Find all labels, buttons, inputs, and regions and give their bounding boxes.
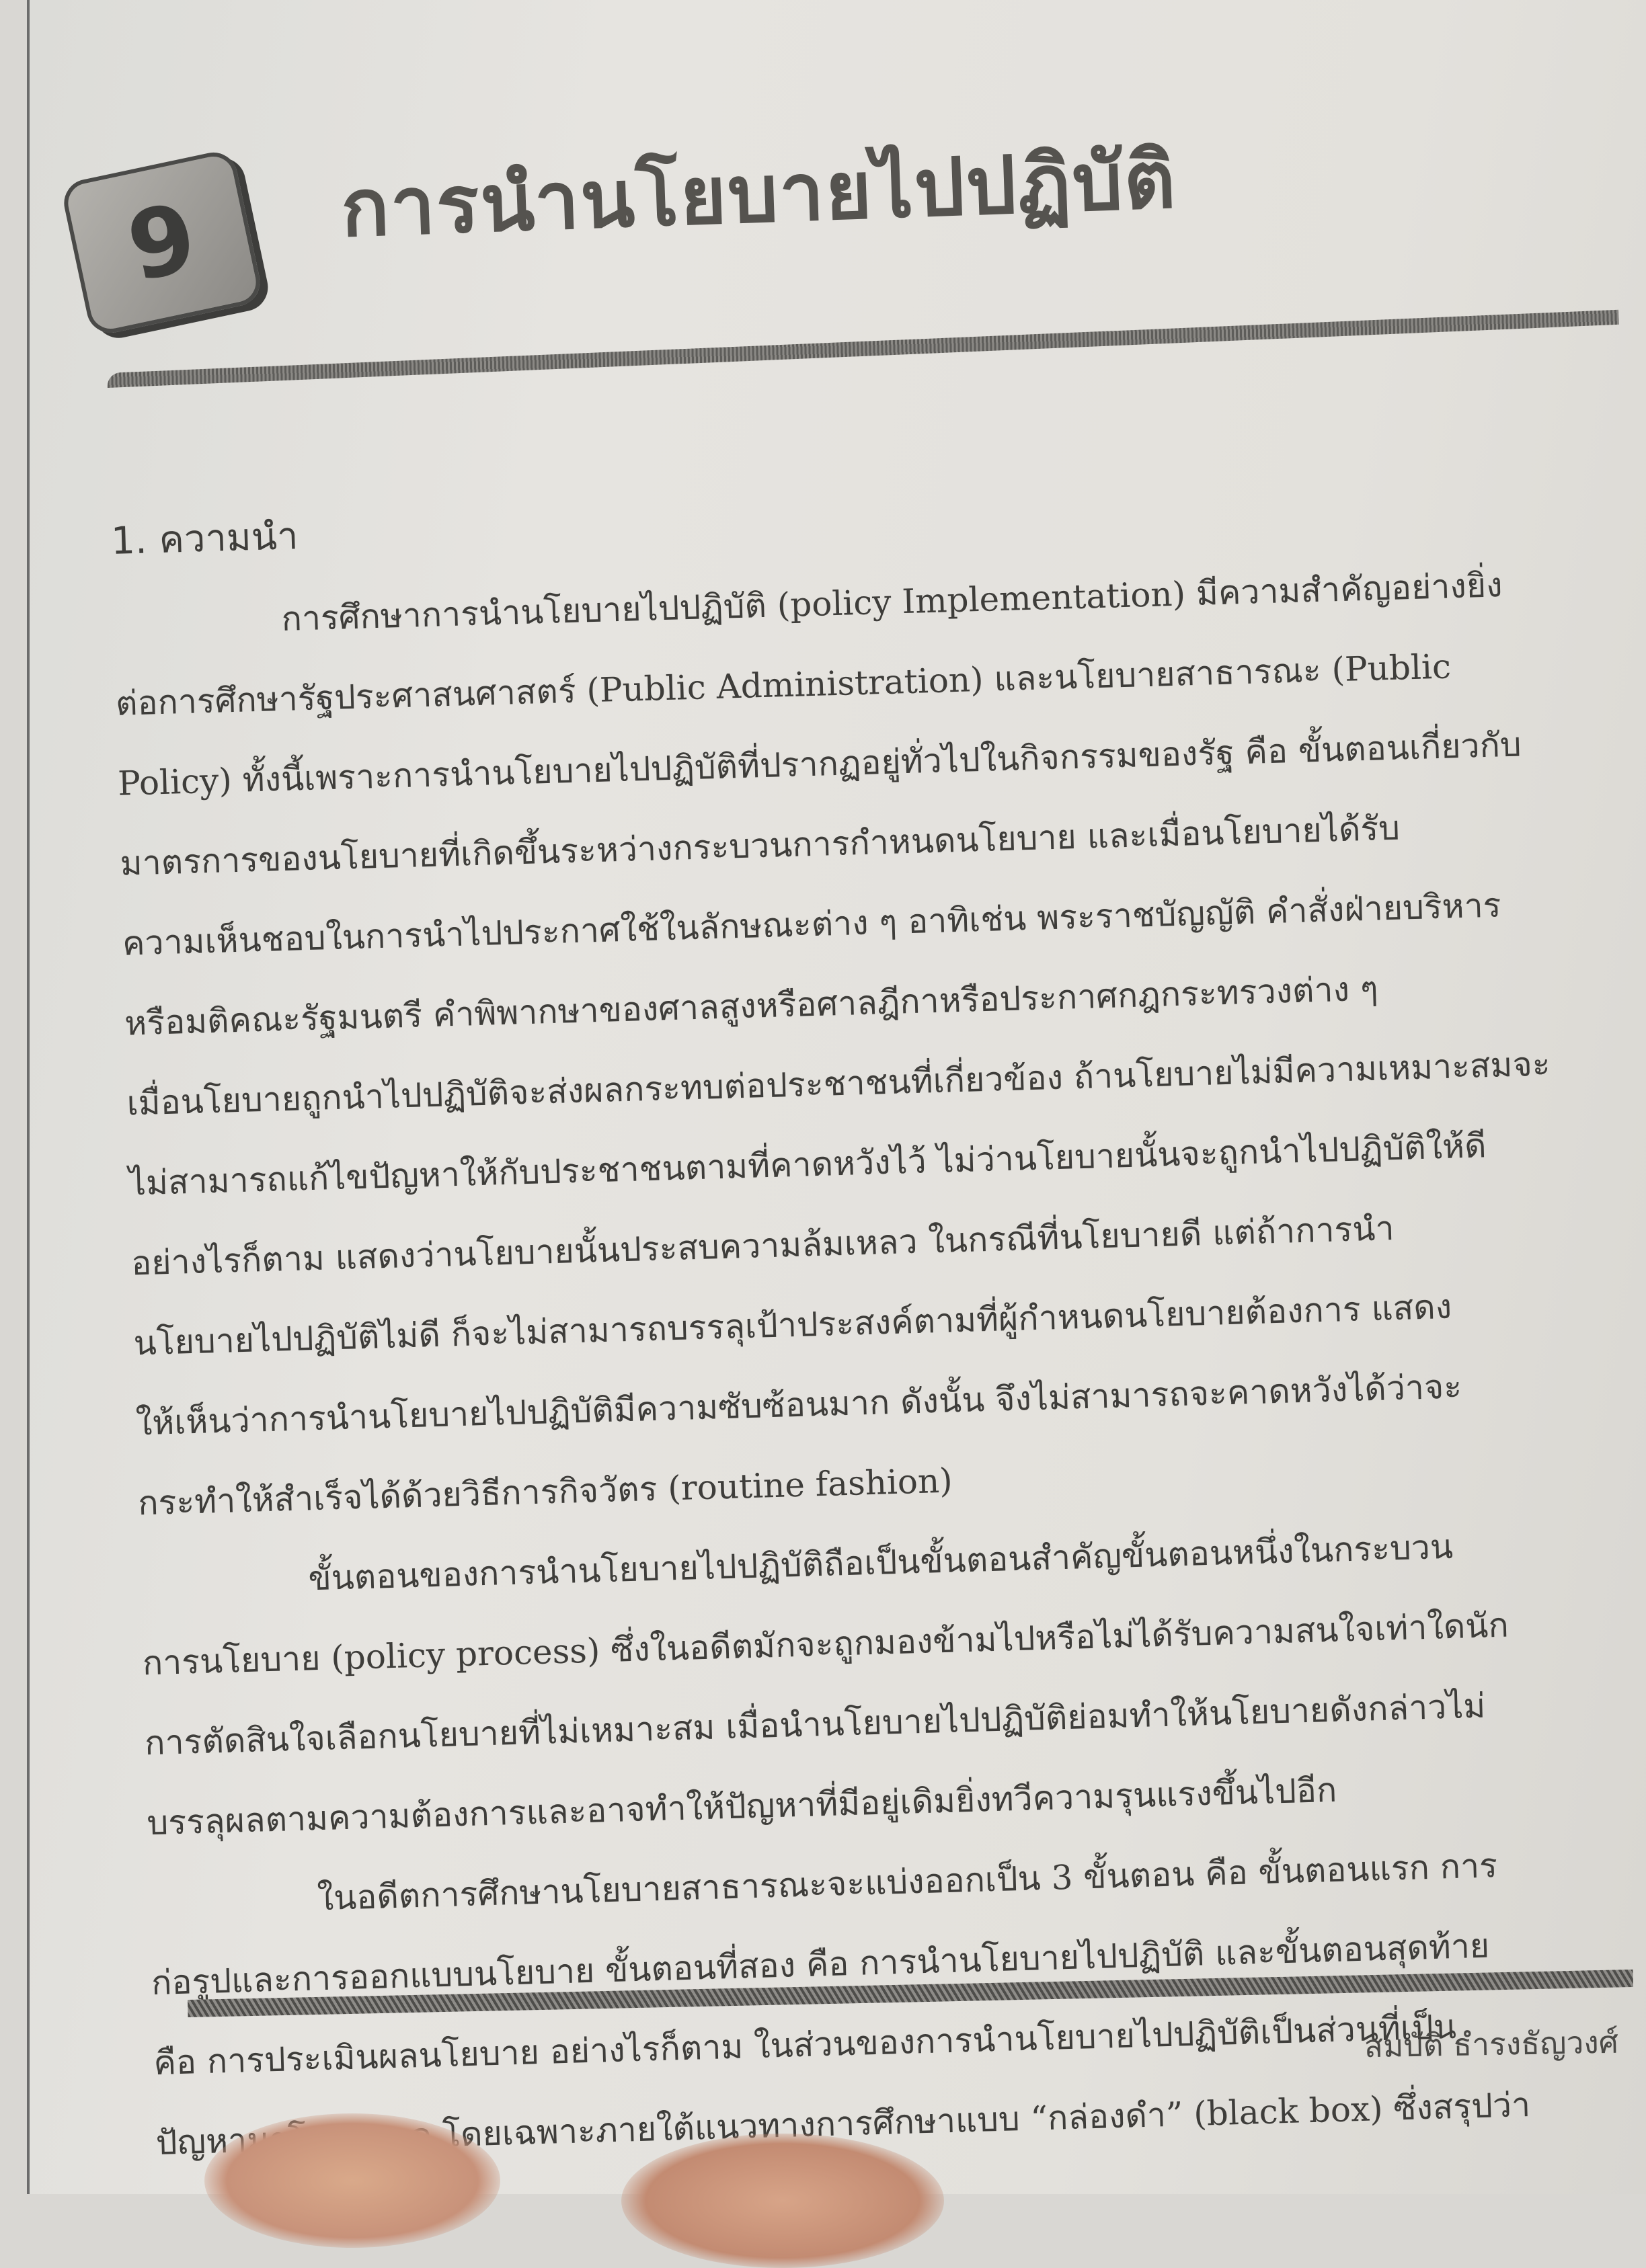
paragraph-2: ขั้นตอนของการนำนโยบายไปปฏิบัติถือเป็นขั้… <box>139 1502 1646 1863</box>
chapter-title: การนำนโยบายไปปฏิบัติ <box>339 116 1179 271</box>
footer-author: สมบัติ ธำรงธัญวงศ์ <box>1364 2018 1618 2072</box>
header-rule-divider <box>107 310 1619 388</box>
body-content: 1. ความนำ การศึกษาการนำนโยบายไปปฏิบัติ (… <box>110 469 1646 2183</box>
book-page: 9 การนำนโยบายไปปฏิบัติ 1. ความนำ การศึกษ… <box>27 0 1646 2194</box>
chapter-number: 9 <box>118 182 205 303</box>
chapter-number-badge: 9 <box>60 148 265 337</box>
paragraph-1: การศึกษาการนำนโยบายไปปฏิบัติ (policy Imp… <box>112 542 1645 1543</box>
